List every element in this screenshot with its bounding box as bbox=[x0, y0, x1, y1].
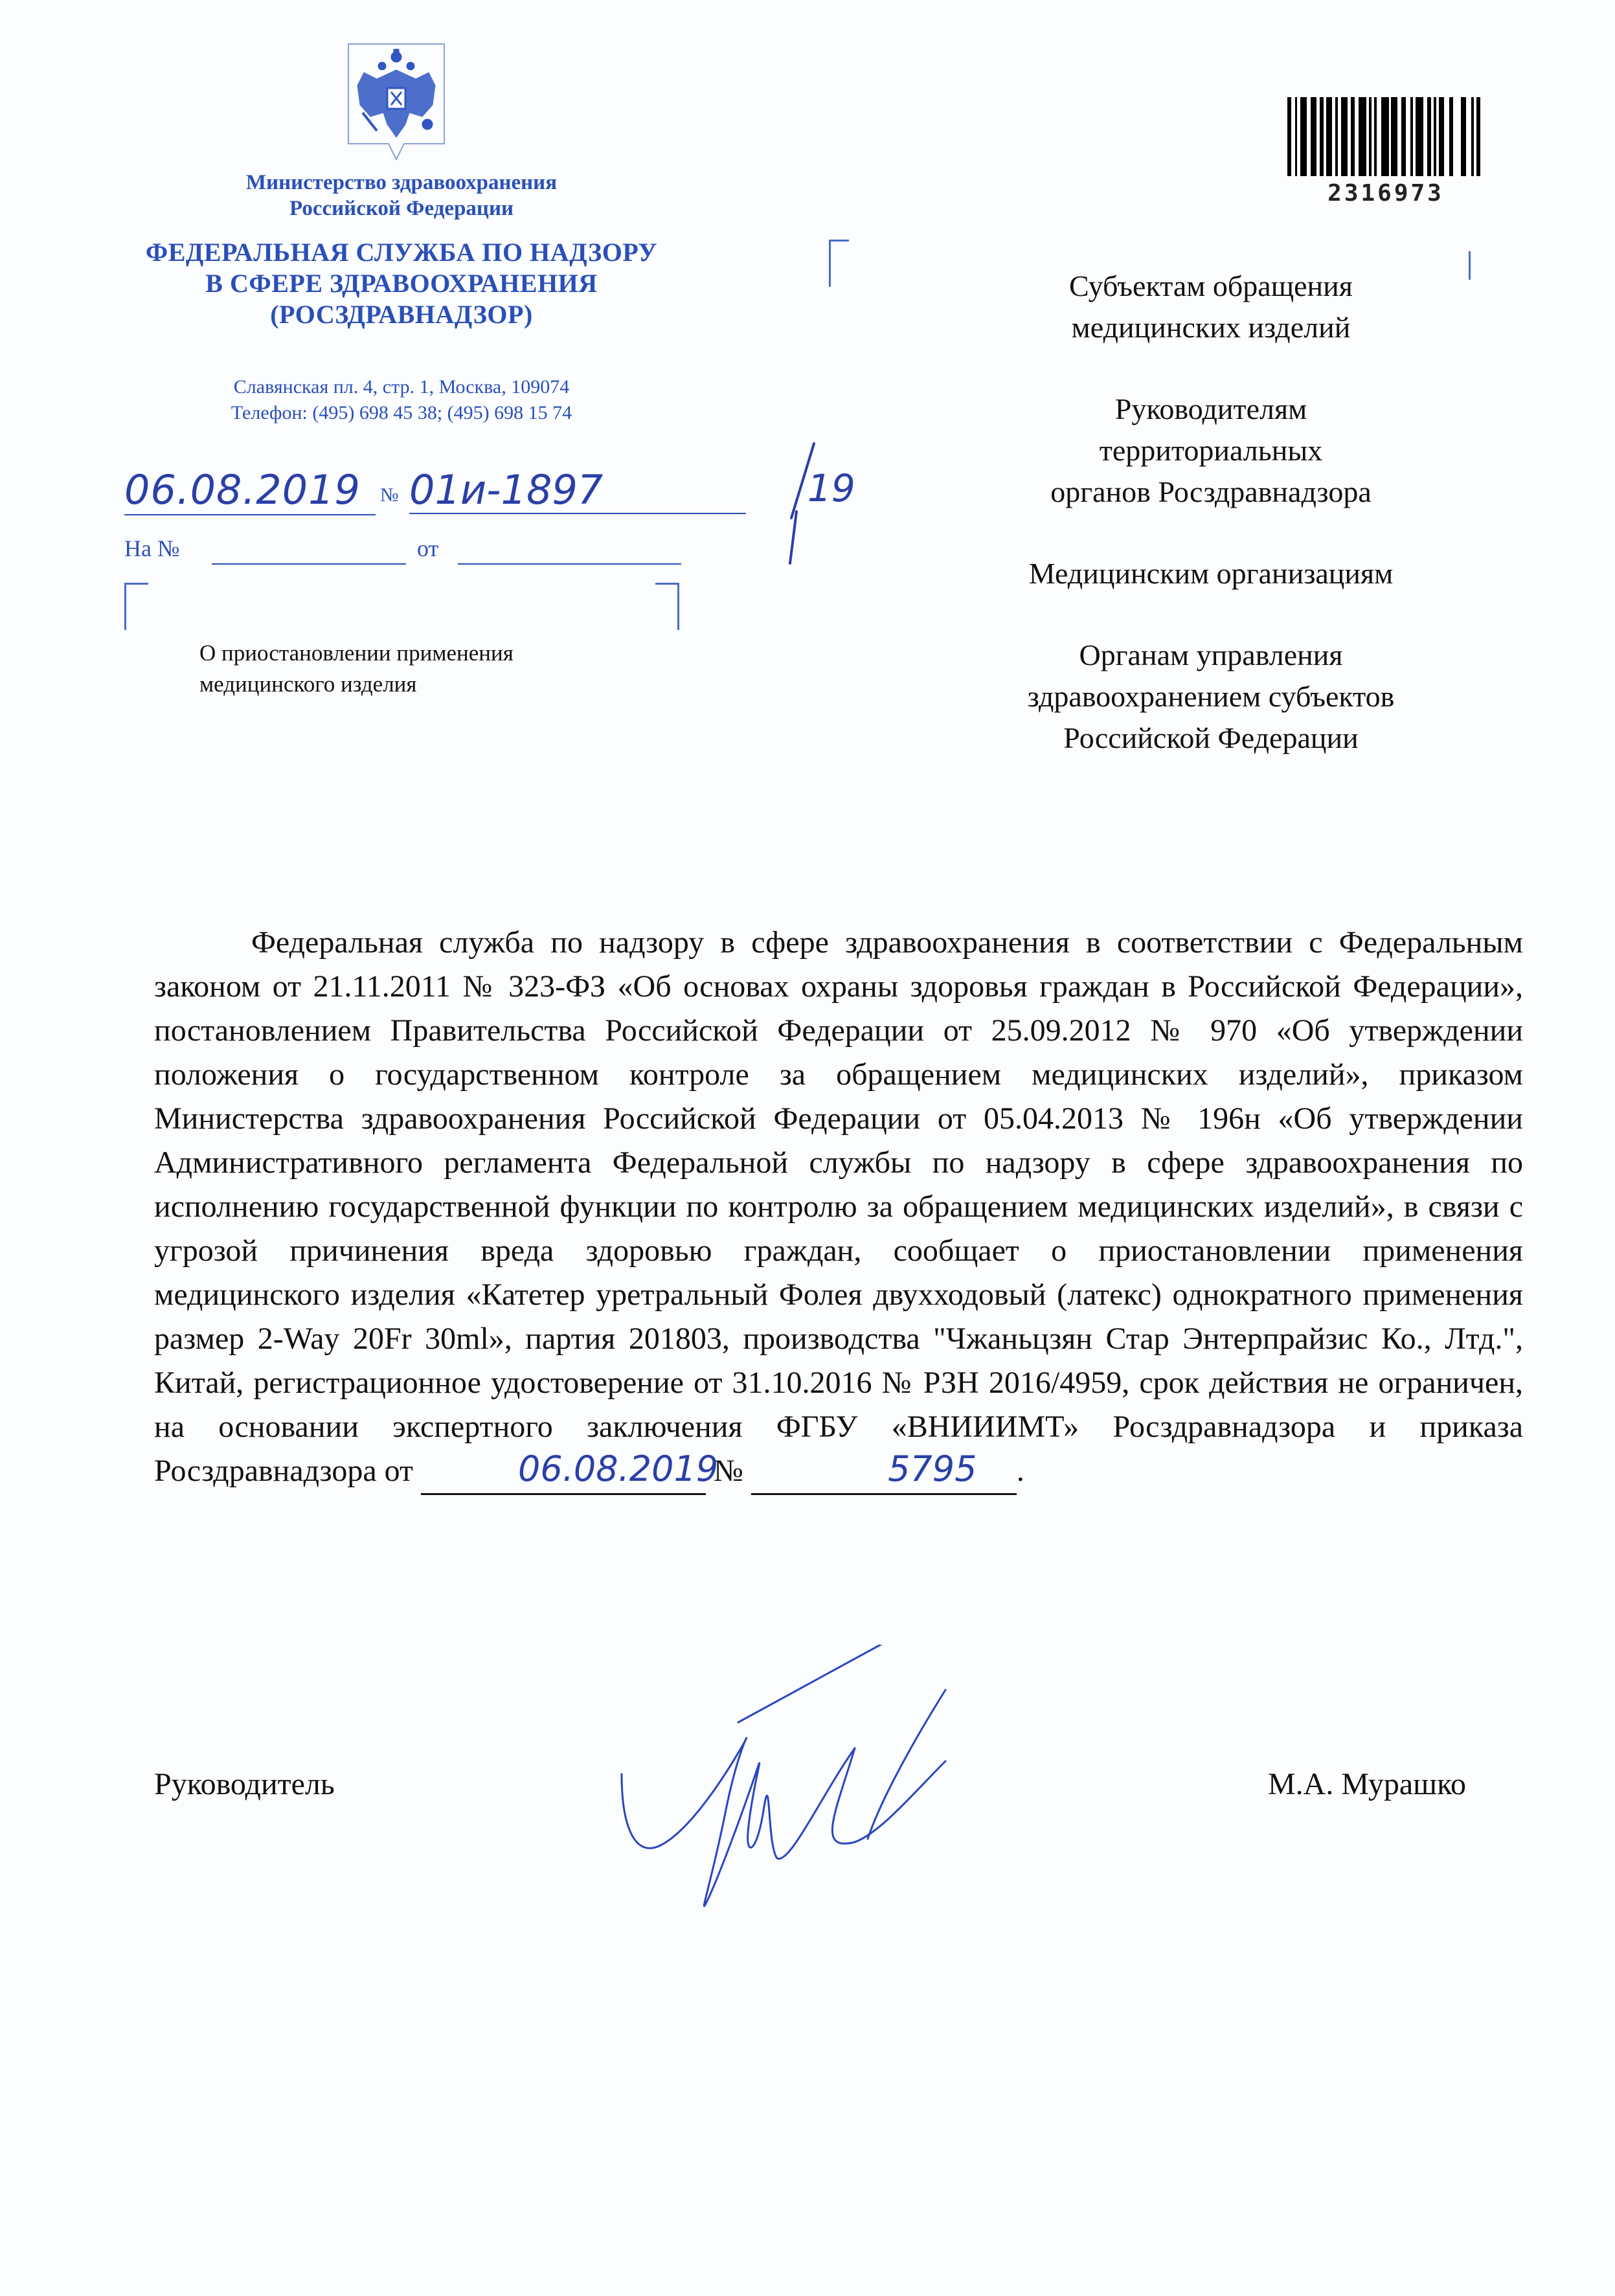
service-line-1: ФЕДЕРАЛЬНАЯ СЛУЖБА ПО НАДЗОРУ bbox=[117, 237, 686, 268]
addressee-line: Российской Федерации bbox=[920, 717, 1502, 759]
addressee-bracket-left bbox=[829, 240, 849, 287]
letter-body: Федеральная служба по надзору в сфере зд… bbox=[154, 921, 1523, 1495]
outgoing-number: 01и-1897 bbox=[409, 466, 603, 513]
phone: Телефон: (495) 698 45 38; (495) 698 15 7… bbox=[117, 400, 686, 426]
subject-bracket-left bbox=[124, 583, 148, 630]
addressee-item: Руководителям территориальных органов Ро… bbox=[920, 388, 1502, 513]
service-line-2: В СФЕРЕ ЗДРАВООХРАНЕНИЯ bbox=[117, 268, 686, 299]
subject-bracket-right bbox=[655, 583, 679, 630]
date-underline bbox=[124, 514, 376, 515]
addressee-item: Медицинским организациям bbox=[920, 553, 1502, 594]
ref-number-field bbox=[212, 563, 406, 565]
coat-of-arms-icon bbox=[344, 40, 448, 163]
addressee-line: медицинских изделий bbox=[920, 307, 1502, 348]
subject-line-1: О приостановлении применения bbox=[199, 638, 666, 669]
subject-line-2: медицинского изделия bbox=[199, 669, 666, 700]
order-period: . bbox=[1017, 1454, 1024, 1488]
addressee-line: территориальных bbox=[920, 430, 1502, 471]
ministry-name: Министерство здравоохранения Российской … bbox=[117, 170, 686, 221]
signatory-name: М.А. Мурашко bbox=[1268, 1766, 1466, 1802]
ref-number-label: На № bbox=[124, 535, 179, 562]
body-text: Федеральная служба по надзору в сфере зд… bbox=[154, 925, 1523, 1444]
ministry-line-1: Министерство здравоохранения bbox=[117, 170, 686, 196]
barcode-number: 2316973 bbox=[1289, 180, 1483, 207]
barcode-icon bbox=[1287, 95, 1482, 179]
signatory-title: Руководитель bbox=[154, 1766, 335, 1802]
addressee-line: органов Росздравнадзора bbox=[920, 471, 1502, 513]
letter-subject: О приостановлении применения медицинског… bbox=[199, 638, 666, 700]
outgoing-year-suffix: 19 bbox=[807, 466, 855, 510]
ministry-line-2: Российской Федерации bbox=[117, 196, 686, 221]
order-number-field: 5795 bbox=[751, 1449, 1017, 1495]
number-label: № bbox=[380, 484, 399, 506]
addressee-line: Медицинским организациям bbox=[920, 553, 1502, 594]
order-date-field: 06.08.2019 bbox=[421, 1449, 706, 1495]
signature-icon bbox=[609, 1645, 1075, 1955]
outgoing-registration: 06.08.2019 № 01и-1897 19 bbox=[124, 466, 746, 518]
ref-date-label: от bbox=[417, 535, 438, 562]
body-paragraph: Федеральная служба по надзору в сфере зд… bbox=[154, 921, 1523, 1495]
ref-date-field bbox=[458, 563, 681, 565]
contact-block: Славянская пл. 4, стр. 1, Москва, 109074… bbox=[117, 374, 686, 426]
addressee-item: Органам управления здравоохранением субъ… bbox=[920, 635, 1502, 759]
addressee-line: Субъектам обращения bbox=[920, 265, 1502, 307]
addressee-line: Органам управления bbox=[920, 635, 1502, 676]
addressee-item: Субъектам обращения медицинских изделий bbox=[920, 265, 1502, 348]
outgoing-date: 06.08.2019 bbox=[124, 466, 361, 513]
order-number: 5795 bbox=[888, 1448, 977, 1489]
addressee-line: здравоохранением субъектов bbox=[920, 676, 1502, 717]
address: Славянская пл. 4, стр. 1, Москва, 109074 bbox=[117, 374, 686, 400]
addressee-line: Руководителям bbox=[920, 388, 1502, 430]
number-underline bbox=[409, 513, 746, 514]
order-date: 06.08.2019 bbox=[518, 1448, 718, 1489]
addressee-list: Субъектам обращения медицинских изделий … bbox=[920, 265, 1502, 799]
service-name: ФЕДЕРАЛЬНАЯ СЛУЖБА ПО НАДЗОРУ В СФЕРЕ ЗД… bbox=[117, 237, 686, 330]
service-line-3: (РОСЗДРАВНАДЗОР) bbox=[117, 299, 686, 330]
